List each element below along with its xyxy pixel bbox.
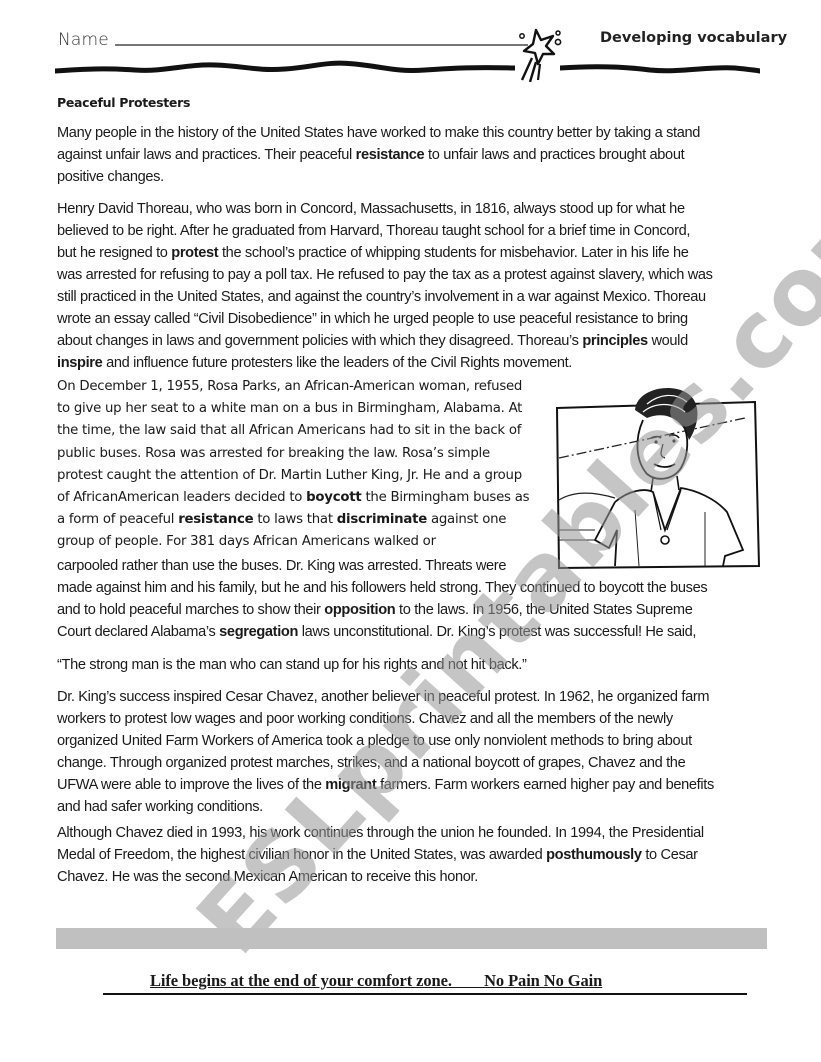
paragraph-chavez: Dr. King’s success inspired Cesar Chavez…	[57, 686, 787, 818]
text-line: public buses. Rosa was arrested for brea…	[57, 443, 537, 465]
text-line: and had safer working conditions.	[57, 796, 787, 818]
text-line: still practiced in the United States, an…	[57, 286, 787, 308]
rosa-parks-illustration	[555, 380, 765, 570]
text-line: Court declared Alabama’s segregation law…	[57, 621, 787, 643]
vocabulary-word: resistance	[178, 512, 253, 527]
section-label: Developing vocabulary	[600, 30, 787, 46]
wavy-divider-left	[55, 58, 515, 80]
paragraph-rosa-parks: On December 1, 1955, Rosa Parks, an Afri…	[57, 376, 537, 554]
text-line: the time, the law said that all African …	[57, 420, 537, 442]
paragraph-legacy: Although Chavez died in 1993, his work c…	[57, 822, 787, 888]
text-line: “The strong man is the man who can stand…	[57, 654, 777, 676]
text-line: inspire and influence future protesters …	[57, 352, 787, 374]
motto-underline-rule	[103, 993, 747, 995]
text-line: a form of peaceful resistance to laws th…	[57, 509, 537, 531]
vocabulary-word: boycott	[306, 490, 361, 505]
text-line: protest caught the attention of Dr. Mart…	[57, 465, 537, 487]
text-line: workers to protest low wages and poor wo…	[57, 708, 787, 730]
text-line: UFWA were able to improve the lives of t…	[57, 774, 787, 796]
vocabulary-word: resistance	[356, 147, 425, 163]
text-line: about changes in laws and government pol…	[57, 330, 787, 352]
vocabulary-word: posthumously	[546, 847, 642, 863]
text-line: made against him and his family, but he …	[57, 577, 787, 599]
paragraph-quote: “The strong man is the man who can stand…	[57, 654, 777, 676]
text-line: and to hold peaceful marches to show the…	[57, 599, 787, 621]
text-line: Dr. King’s success inspired Cesar Chavez…	[57, 686, 787, 708]
text-line: but he resigned to protest the school’s …	[57, 242, 787, 264]
text-line: organized United Farm Workers of America…	[57, 730, 787, 752]
text-line: wrote an essay called “Civil Disobedienc…	[57, 308, 787, 330]
vocabulary-word: opposition	[324, 602, 395, 618]
text-line: to give up her seat to a white man on a …	[57, 398, 537, 420]
text-line: On December 1, 1955, Rosa Parks, an Afri…	[57, 376, 537, 398]
vocabulary-word: principles	[582, 333, 647, 349]
text-line: Medal of Freedom, the highest civilian h…	[57, 844, 787, 866]
name-field-line[interactable]	[115, 44, 528, 46]
paragraph-thoreau: Henry David Thoreau, who was born in Con…	[57, 198, 787, 374]
vocabulary-word: protest	[171, 245, 218, 261]
text-line: against unfair laws and practices. Their…	[57, 144, 777, 166]
text-line: was arrested for refusing to pay a poll …	[57, 264, 787, 286]
motto: Life begins at the end of your comfort z…	[150, 971, 602, 991]
text-line: Although Chavez died in 1993, his work c…	[57, 822, 787, 844]
vocabulary-word: discriminate	[337, 512, 427, 527]
vocabulary-word: segregation	[219, 624, 298, 640]
text-line: Henry David Thoreau, who was born in Con…	[57, 198, 787, 220]
text-line: Chavez. He was the second Mexican Americ…	[57, 866, 787, 888]
vocabulary-word: inspire	[57, 355, 102, 371]
gray-footer-bar	[56, 928, 767, 949]
text-line: of AfricanAmerican leaders decided to bo…	[57, 487, 537, 509]
worksheet-header: Name Developing vocabulary	[0, 0, 821, 90]
text-line: positive changes.	[57, 166, 777, 188]
wavy-divider-right	[560, 58, 760, 80]
document-title: Peaceful Protesters	[57, 95, 190, 110]
text-line: Many people in the history of the United…	[57, 122, 777, 144]
text-line: change. Through organized protest marche…	[57, 752, 787, 774]
paragraph-intro: Many people in the history of the United…	[57, 122, 777, 188]
vocabulary-word: migrant	[325, 777, 376, 793]
name-label: Name	[58, 30, 109, 50]
text-line: believed to be right. After he graduated…	[57, 220, 787, 242]
shooting-star-icon	[510, 24, 566, 82]
text-line: group of people. For 381 days African Am…	[57, 531, 537, 553]
